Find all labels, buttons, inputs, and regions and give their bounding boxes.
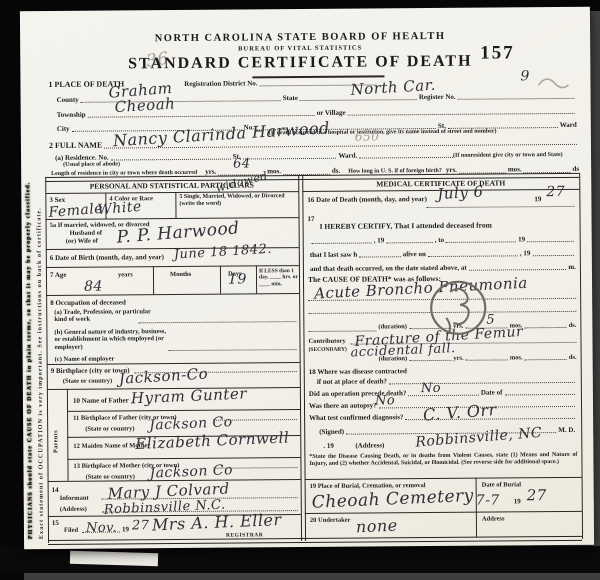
test-label: What test confirmed diagnosis?: [309, 413, 403, 422]
registration-row: 1 PLACE OF DEATH Registration District N…: [48, 77, 378, 89]
informant-number: 14: [52, 486, 59, 494]
husband-of-label: Husband of: [70, 230, 102, 238]
row-rule: [305, 477, 582, 480]
ds-label: ds.: [569, 322, 577, 330]
operation-row: Did an operation precede death? Date of: [309, 388, 577, 398]
duration-label: (duration): [379, 355, 408, 363]
county-label: County: [57, 96, 79, 104]
age-years-value: 84: [84, 280, 103, 294]
disease-contracted-row2: if not at place of death?: [317, 376, 577, 386]
last-saw-label: that I last saw h: [310, 251, 358, 259]
operation-value: No: [421, 382, 441, 395]
ward-label: Ward: [560, 121, 577, 129]
state-label: State: [283, 94, 298, 102]
marital-label: 5 Single, Married, Widowed, or Divorced …: [179, 193, 295, 208]
secondary-label: (SECONDARY): [309, 347, 347, 354]
city-label: City: [57, 125, 70, 133]
township-value: Cheoah: [114, 96, 175, 115]
yrs2-label: yrs.: [446, 166, 457, 174]
ds2-label: ds: [572, 165, 579, 173]
age-less-label: If LESS than 1 day, ____ hrs. or ____ mi…: [259, 268, 298, 287]
duration-label: (duration): [378, 323, 407, 331]
registrar-label: REGISTRAR: [226, 532, 263, 539]
dotted-line: [308, 330, 376, 332]
m-label: m.: [568, 263, 576, 271]
md-label: M. D.: [558, 426, 575, 434]
race-value: White: [97, 200, 142, 217]
birthplace-value: Jackson-Co: [118, 366, 208, 386]
ds-label: ds.: [569, 354, 577, 362]
father-name-label: 10 Name of Father: [73, 396, 129, 404]
dotted-line: [532, 255, 573, 256]
occupation-employer-label: (c) Name of employer: [55, 356, 115, 364]
age-months-label: Months: [170, 271, 191, 279]
dob-label: 6 Date of Birth (month, day, and year): [50, 253, 164, 262]
to-label: , to: [435, 236, 444, 244]
mother-name-value: Elizabeth Cornwell: [135, 430, 289, 452]
dotted-line: [527, 241, 574, 242]
dotted-line: [409, 360, 451, 361]
form-border-right: [579, 173, 583, 539]
dob-value: June 18 1842.: [173, 243, 272, 262]
cell-divider: [220, 266, 221, 294]
yrs-label: yrs.: [205, 168, 216, 176]
certify-line2: , 19 , to 19: [310, 235, 576, 245]
dotted-line: [525, 359, 567, 360]
dotted-line: [111, 159, 231, 161]
full-name-pencil-note: 650: [355, 130, 379, 142]
parents-label: Parents: [53, 430, 59, 453]
dotted-line: [169, 349, 297, 351]
burial-date-value: 7-7: [476, 493, 500, 507]
informant-address-label: (Address): [60, 506, 87, 514]
dotted-line: [312, 243, 372, 244]
mos2-label: mos.: [508, 165, 522, 173]
death-occurred-label: and that death occurred, on the date sta…: [310, 264, 467, 273]
margin-note-line1: PHYSICIANS should state CAUSE OF DEATH i…: [25, 181, 34, 539]
father-birthplace-sub: (State or country): [85, 425, 134, 433]
dotted-line: [426, 206, 574, 208]
filed-year-value: 27: [132, 519, 150, 532]
cell-divider: [256, 265, 257, 293]
dotted-line: [458, 98, 575, 100]
burial-place-value: Cheoah Cemetery: [311, 488, 474, 512]
filed-label: Filed: [64, 527, 78, 535]
full-name-label: 2 FULL NAME: [49, 141, 102, 151]
burial-date-label: Date of Burial: [482, 481, 521, 489]
township-label: Township: [57, 111, 86, 119]
filed-month-value: Nov.: [86, 521, 117, 534]
dotted-line: [359, 157, 453, 159]
dod-year-printed: 19: [534, 195, 541, 203]
nonresident-note: (If nonresident give city or town and St…: [453, 152, 563, 160]
wife-of-label: (or) Wife of: [66, 238, 98, 246]
scanned-death-certificate: PHYSICIANS should state CAUSE OF DEATH i…: [0, 0, 600, 580]
dotted-line: [469, 269, 567, 271]
date-of-death-value: July 6: [437, 184, 484, 202]
burial-year-printed: 19: [514, 497, 521, 505]
registration-district-label: Registration District No.: [184, 79, 257, 88]
father-birthplace-value: Jackson Co: [149, 415, 233, 433]
village-label: or Village: [317, 109, 346, 117]
next-page-edge: [70, 551, 158, 566]
burial-year-value: 27: [527, 488, 547, 503]
residence-years-value: 64: [233, 157, 251, 170]
form-border-left: [45, 177, 49, 543]
undertaker-address-label: Address: [482, 515, 505, 523]
row-rule: [67, 457, 300, 460]
margin-note-line2: Exact statement of OCCUPATION is very im…: [35, 207, 45, 539]
dotted-line: [300, 99, 417, 101]
parents-cell-divider: [67, 389, 69, 481]
dotted-line: [504, 394, 574, 396]
dotted-line: [466, 360, 508, 361]
filed-year-printed: 19: [122, 525, 129, 533]
undertaker-label: 20 Undertaker: [310, 517, 351, 525]
cause-footnote: *State the Disease Causing Death, or in …: [309, 452, 577, 468]
occupation-label: 8 Occupation of deceased: [50, 298, 126, 307]
father-name-value: Hyram Gunter: [131, 386, 248, 406]
age-label: 7 Age: [50, 271, 67, 279]
ds-label: ds.: [332, 167, 340, 175]
mos-label: mos.: [510, 354, 523, 362]
disease-contracted-label: 18 Where was disease contracted: [309, 367, 407, 376]
certify-line4: and that death occurred, on the date sta…: [310, 263, 576, 273]
date-of-label: Date of: [481, 388, 503, 396]
dod-year-value: 27: [546, 185, 565, 199]
certify-line3: that I last saw h alive on , 19: [310, 249, 576, 259]
autopsy-label: Was there an autopsy?: [309, 401, 377, 410]
informant-label: Informant: [60, 495, 89, 503]
dotted-line: [348, 113, 575, 116]
mos-label: mos.: [267, 167, 281, 175]
printed-year: , 19: [520, 249, 531, 257]
signed-address-label: (Address): [355, 441, 384, 449]
yrs-label: yrs.: [453, 355, 463, 363]
column-divider: [298, 175, 306, 541]
form-border-bottom: [48, 536, 582, 545]
date-of-death-label: 16 Date of Death (month, day, and year): [307, 195, 427, 204]
dotted-line: [359, 256, 400, 257]
birthplace-sub-label: (State or country): [63, 378, 112, 386]
filed-number: 15: [52, 519, 59, 527]
dotted-line: [389, 382, 575, 384]
residence-ward-label: Ward.: [338, 152, 357, 160]
undertaker-cell-divider: [476, 512, 477, 538]
undertaker-value: none: [356, 518, 398, 536]
row-rule: [67, 409, 300, 412]
pencil-circled-mark: [426, 278, 490, 339]
sex-value: Female: [48, 202, 104, 220]
age-days-value: 19: [228, 272, 247, 286]
dotted-line: [428, 255, 518, 257]
item-17-number: 17: [308, 215, 315, 223]
alive-on-label: alive on: [403, 250, 426, 258]
signed-label: (Signed): [319, 428, 344, 436]
dotted-line: [243, 158, 337, 160]
pencil-squiggle: [536, 75, 570, 91]
cell-divider: [175, 192, 176, 218]
dotted-line: [408, 395, 478, 397]
mother-birthplace-value: Jackson Co: [149, 463, 233, 481]
printed-year: , 19: [374, 236, 385, 244]
printed-year: 19: [518, 235, 525, 243]
disease-contracted-label-2: if not at place of death?: [317, 377, 387, 386]
certificate-paper: PHYSICIANS should state CAUSE OF DEATH i…: [20, 7, 594, 549]
register-no-value: 9: [520, 69, 530, 83]
dotted-line: [446, 241, 516, 243]
autopsy-value: No: [375, 394, 395, 407]
signed-year-label: . 19: [323, 442, 334, 450]
age-years-label: years: [118, 271, 133, 279]
certificate-number: 157: [480, 42, 515, 64]
dotted-line: [386, 242, 433, 243]
dotted-line: [524, 327, 566, 328]
dotted-line: [138, 321, 296, 323]
cell-divider: [153, 266, 154, 294]
contributory-label: Contributory: [308, 338, 345, 346]
certify-statement: I HEREBY CERTIFY, That I attended deceas…: [320, 222, 492, 232]
residence-row: (a) Residence. No. St. Ward.: [55, 151, 455, 162]
registrar-signature: Mrs A. H. Eller: [152, 512, 282, 534]
contributory-duration-row: (duration) yrs. mos. ds.: [379, 354, 577, 363]
occupation-industry-label: (b) General nature of industry, business…: [54, 328, 166, 351]
